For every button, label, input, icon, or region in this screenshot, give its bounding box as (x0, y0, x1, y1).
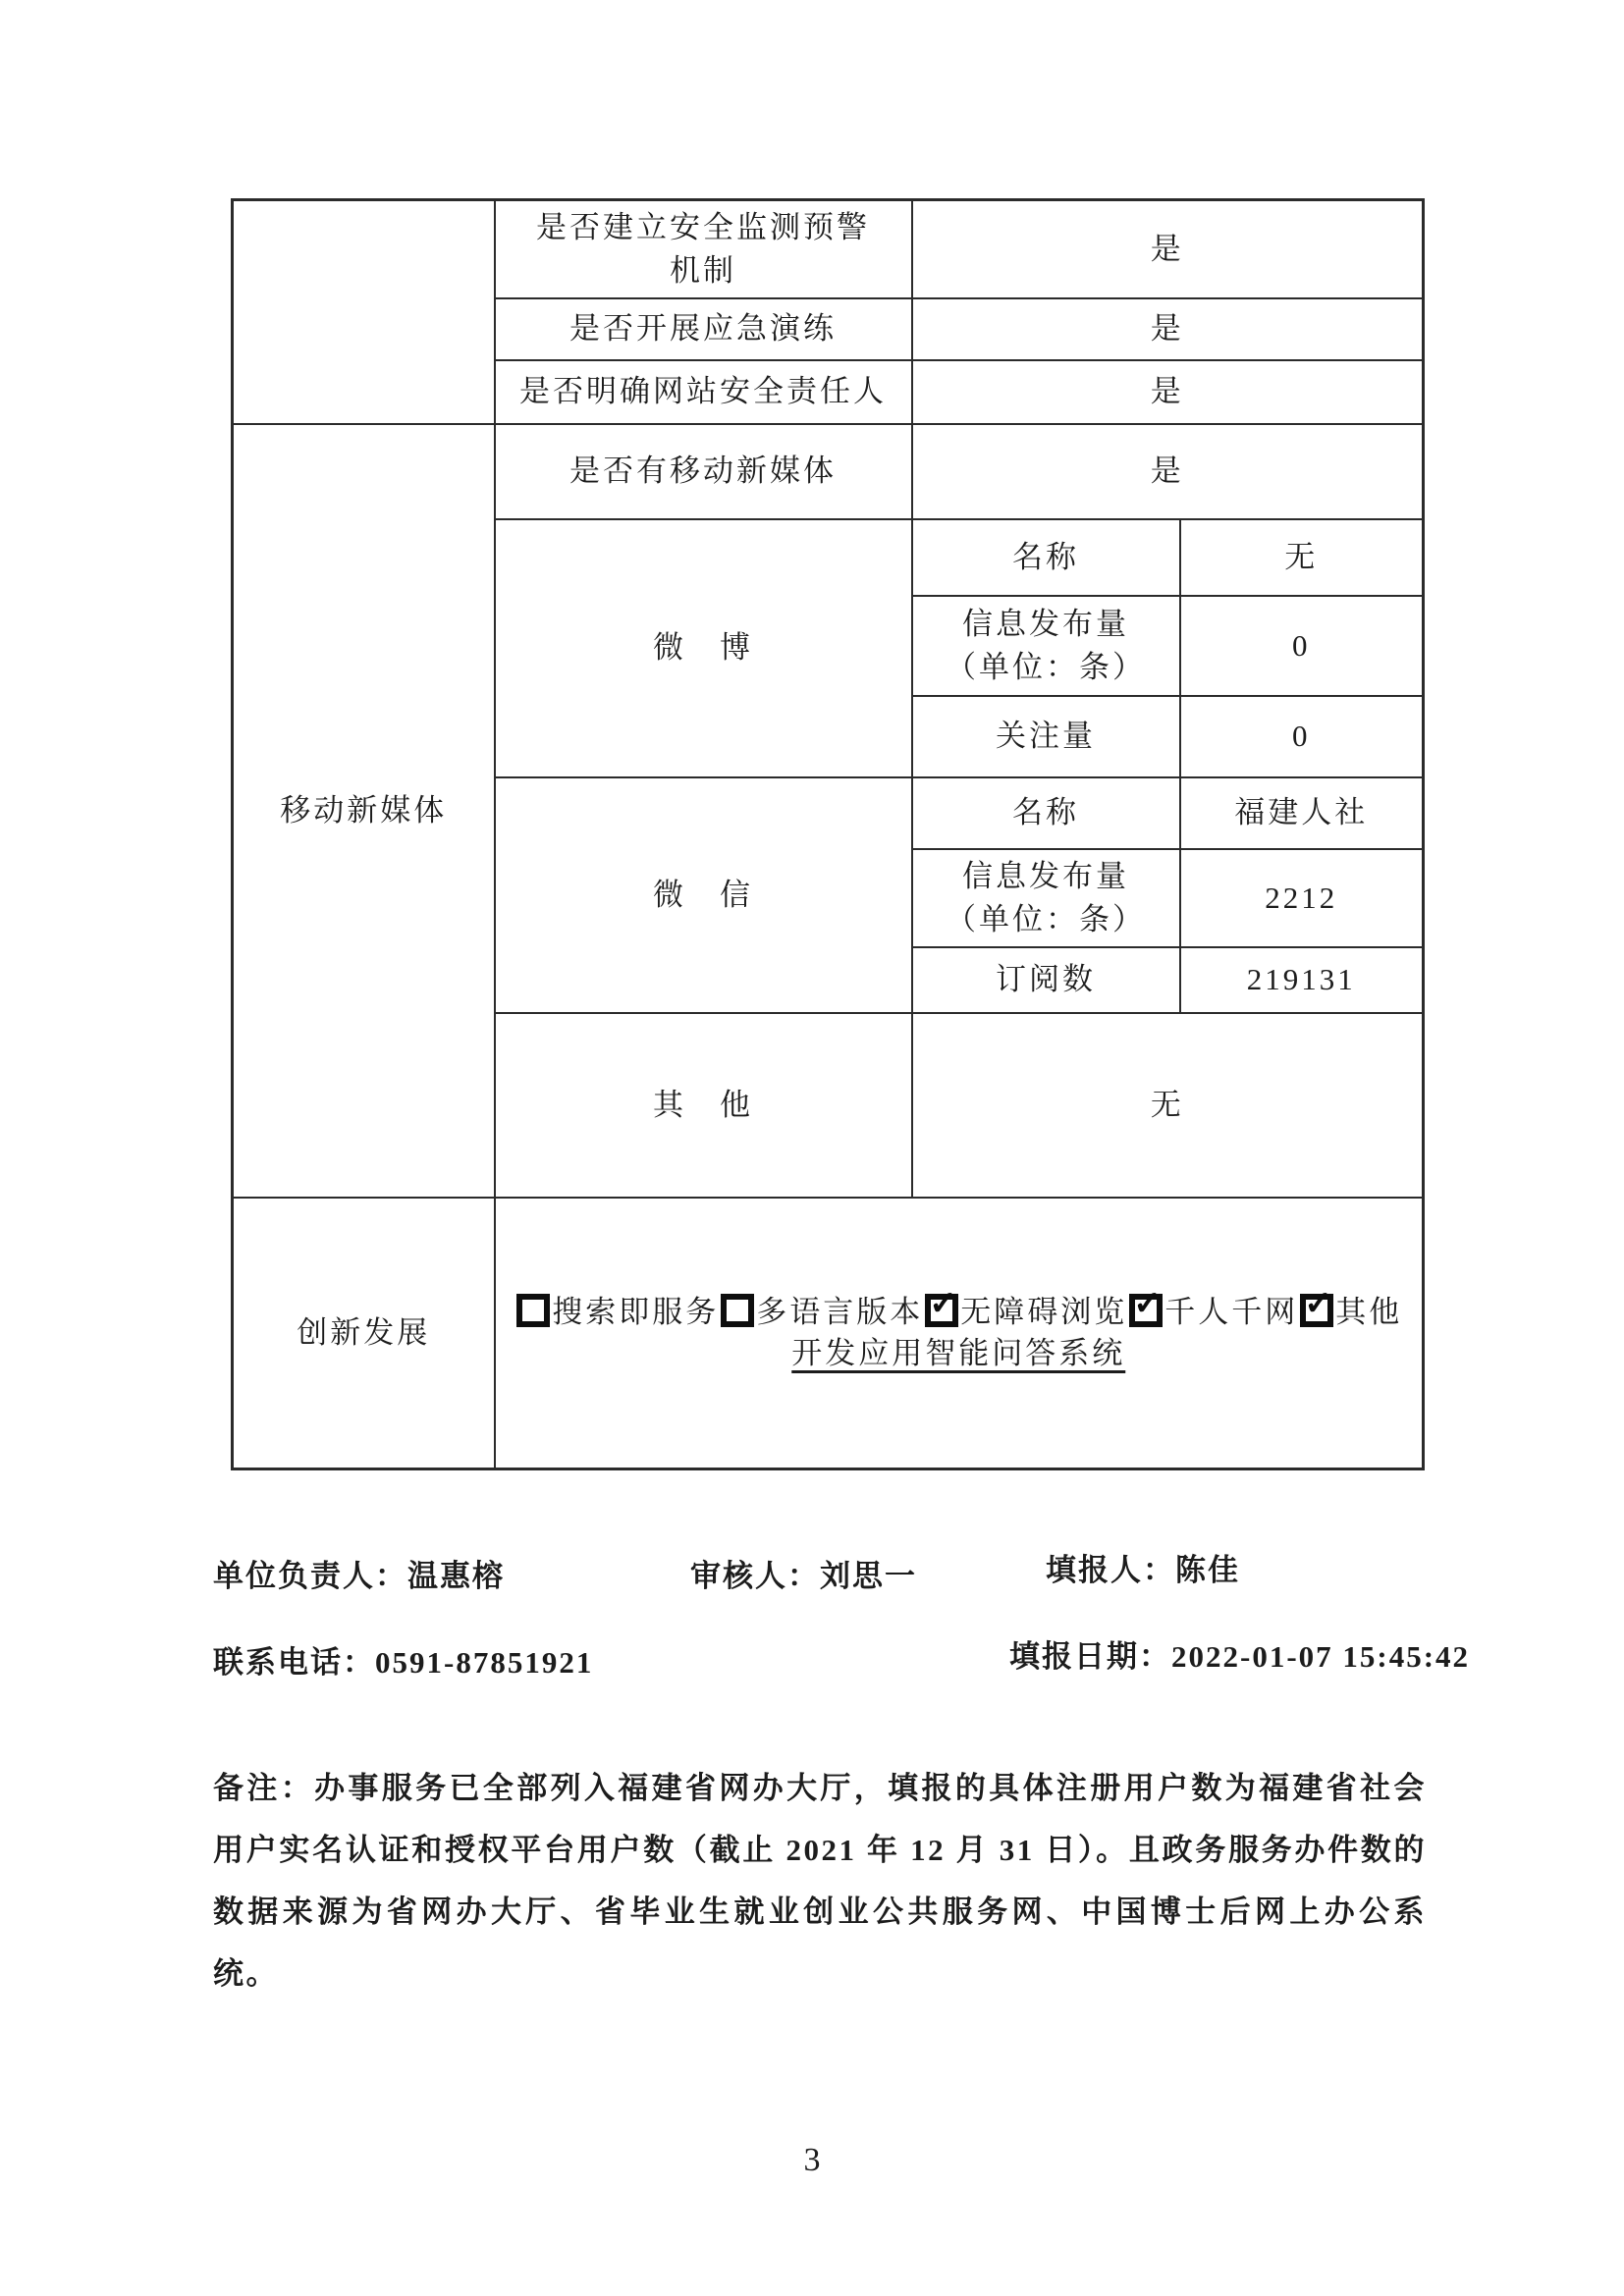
weibo-followers-value: 0 (1180, 696, 1424, 777)
wechat-name-label: 名称 (912, 777, 1180, 849)
label-line: 机制 (500, 249, 907, 293)
checkbox-label: 千人千网 (1164, 1295, 1298, 1329)
emergency-drill-value: 是 (912, 298, 1424, 360)
checkbox-personalized-icon (1129, 1294, 1163, 1327)
wechat-label: 微 信 (495, 777, 912, 1013)
has-mobile-media-value: 是 (912, 424, 1424, 519)
filler-label: 填报人： (1046, 1553, 1175, 1587)
fill-date-label: 填报日期： (1009, 1639, 1171, 1674)
label-line: 是否建立安全监测预警 (500, 206, 907, 249)
security-section-cell (233, 200, 495, 424)
checkbox-label: 其他 (1335, 1295, 1402, 1329)
weibo-posts-label: 信息发布量 （单位：条） (912, 596, 1180, 696)
weibo-name-value: 无 (1180, 519, 1424, 596)
security-officer-value: 是 (912, 360, 1424, 424)
reviewer-label: 审核人： (690, 1559, 820, 1593)
filler-value: 陈佳 (1175, 1553, 1240, 1587)
checkbox-multilingual-icon (721, 1294, 754, 1327)
weibo-followers-label: 关注量 (912, 696, 1180, 777)
mobile-media-section-label: 移动新媒体 (233, 424, 495, 1198)
annual-report-table: 是否建立安全监测预警 机制 是 是否开展应急演练 是 是否明确网站安全责任人 是… (231, 198, 1425, 1470)
wechat-subscribers-value: 219131 (1180, 947, 1424, 1013)
innovation-content-cell: 搜索即服务多语言版本无障碍浏览千人千网其他 开发应用智能问答系统 (495, 1198, 1424, 1469)
filler-field: 填报人：陈佳 (1046, 1545, 1240, 1589)
other-media-value: 无 (912, 1013, 1424, 1198)
wechat-name-value: 福建人社 (1180, 777, 1424, 849)
security-monitor-value: 是 (912, 200, 1424, 298)
phone-label: 联系电话： (213, 1645, 375, 1680)
checkbox-label: 多语言版本 (756, 1295, 923, 1329)
weibo-name-label: 名称 (912, 519, 1180, 596)
page-number: 3 (0, 2142, 1624, 2179)
wechat-subscribers-label: 订阅数 (912, 947, 1180, 1013)
unit-head-field: 单位负责人：温惠榕 (213, 1551, 505, 1595)
phone-value: 0591-87851921 (375, 1645, 593, 1680)
document-page: 是否建立安全监测预警 机制 是 是否开展应急演练 是 是否明确网站安全责任人 是… (0, 0, 1624, 2296)
fill-date-value: 2022-01-07 15:45:42 (1171, 1639, 1470, 1674)
label-line: 信息发布量 (917, 603, 1175, 646)
innovation-section-label: 创新发展 (233, 1198, 495, 1469)
checkbox-accessibility-icon (925, 1294, 958, 1327)
table-row: 是否建立安全监测预警 机制 是 (233, 200, 1424, 298)
weibo-label: 微 博 (495, 519, 912, 777)
fill-date-field: 填报日期：2022-01-07 15:45:42 (1009, 1631, 1470, 1676)
security-officer-label: 是否明确网站安全责任人 (495, 360, 912, 424)
weibo-posts-value: 0 (1180, 596, 1424, 696)
unit-head-label: 单位负责人： (213, 1559, 407, 1593)
wechat-posts-label: 信息发布量 （单位：条） (912, 849, 1180, 947)
label-line: 信息发布量 (917, 855, 1175, 898)
emergency-drill-label: 是否开展应急演练 (495, 298, 912, 360)
other-media-label: 其 他 (495, 1013, 912, 1198)
unit-head-value: 温惠榕 (407, 1559, 505, 1593)
has-mobile-media-label: 是否有移动新媒体 (495, 424, 912, 519)
table-row: 移动新媒体 是否有移动新媒体 是 (233, 424, 1424, 519)
other-detail-text: 开发应用智能问答系统 (791, 1336, 1125, 1370)
innovation-checkbox-line: 搜索即服务多语言版本无障碍浏览千人千网其他 (500, 1292, 1419, 1333)
reviewer-value: 刘思一 (820, 1559, 917, 1593)
checkbox-other-icon (1300, 1294, 1333, 1327)
phone-field: 联系电话：0591-87851921 (213, 1637, 593, 1682)
reviewer-field: 审核人：刘思一 (690, 1551, 917, 1595)
checkbox-label: 搜索即服务 (552, 1295, 719, 1329)
label-line: （单位：条） (917, 646, 1175, 689)
label-line: （单位：条） (917, 898, 1175, 941)
innovation-other-detail: 开发应用智能问答系统 (500, 1333, 1419, 1374)
checkbox-search-as-service-icon (516, 1294, 550, 1327)
security-monitor-label: 是否建立安全监测预警 机制 (495, 200, 912, 298)
remarks-paragraph: 备注：办事服务已全部列入福建省网办大厅，填报的具体注册用户数为福建省社会用户实名… (213, 1757, 1427, 2004)
wechat-posts-value: 2212 (1180, 849, 1424, 947)
table-row: 创新发展 搜索即服务多语言版本无障碍浏览千人千网其他 开发应用智能问答系统 (233, 1198, 1424, 1469)
checkbox-label: 无障碍浏览 (960, 1295, 1127, 1329)
